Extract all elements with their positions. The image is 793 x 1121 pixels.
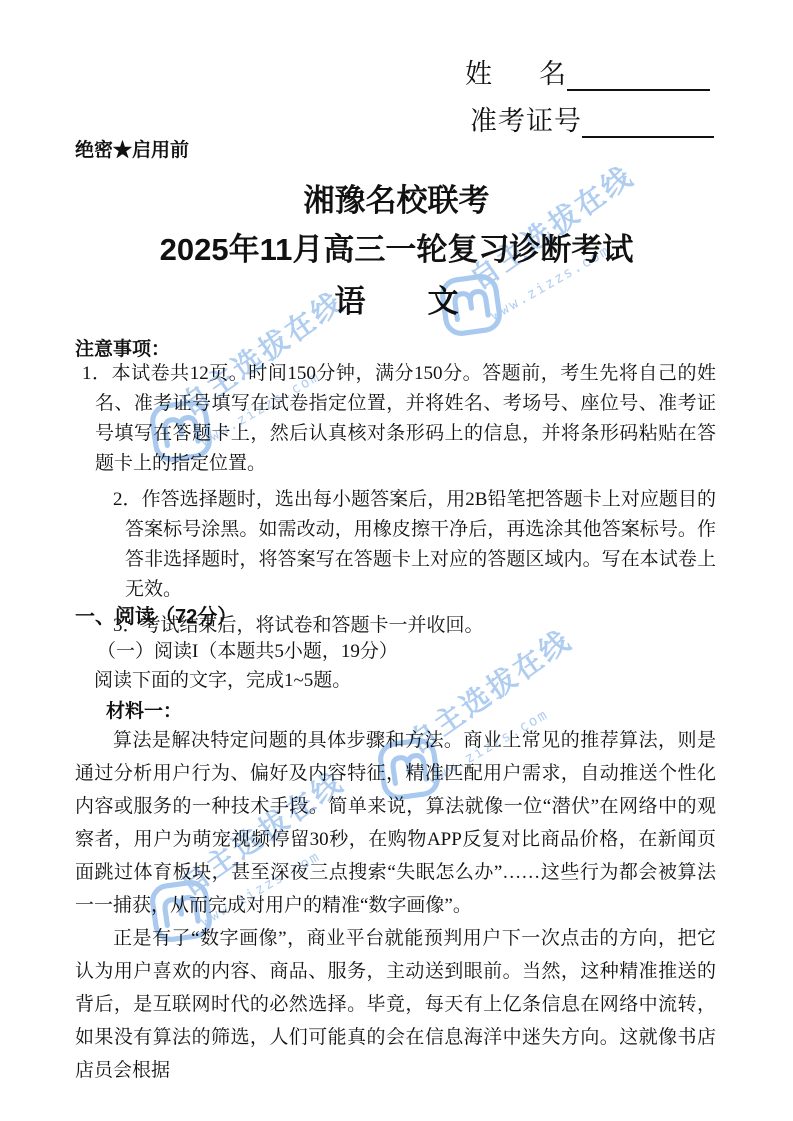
- secret-classification-label: 绝密★启用前: [75, 135, 189, 162]
- notice-title: 注意事项：: [75, 334, 170, 361]
- passage-paragraph-1: 算法是解决特定问题的具体步骤和方法。商业上常见的推荐算法，则是通过分析用户行为、…: [75, 724, 716, 922]
- name-label-char1: 姓: [465, 59, 493, 89]
- name-label-char2: 名: [539, 59, 567, 89]
- name-field-underline: [567, 62, 710, 91]
- notice-item-2: 2．作答选择题时，选出每小题答案后，用2B铅笔把答题卡上对应题目的答案标号涂黑。…: [75, 485, 716, 605]
- name-field-row: 姓名: [465, 52, 710, 91]
- subject-title: 语 文: [0, 282, 793, 321]
- exam-name-title: 2025年11月高三一轮复习诊断考试: [0, 230, 793, 269]
- ticket-label: 准考证号: [470, 106, 582, 136]
- notice-item-1: 1．本试卷共12页。时间150分钟，满分150分。答题前，考生先将自己的姓名、准…: [75, 359, 716, 479]
- ticket-field-row: 准考证号: [470, 99, 714, 138]
- material-one-label: 材料一：: [106, 696, 182, 723]
- reading-instruction: 阅读下面的文字，完成1~5题。: [94, 665, 351, 692]
- section-heading: 一、阅读（72分）: [75, 600, 237, 629]
- ticket-field-underline: [582, 109, 714, 138]
- notice-list: 1．本试卷共12页。时间150分钟，满分150分。答题前，考生先将自己的姓名、准…: [75, 359, 716, 641]
- exam-paper-page: 姓名 准考证号 绝密★启用前 湘豫名校联考 2025年11月高三一轮复习诊断考试…: [0, 0, 793, 1121]
- title-block: 湘豫名校联考 2025年11月高三一轮复习诊断考试 语 文: [0, 181, 793, 321]
- exam-organizer-title: 湘豫名校联考: [0, 181, 793, 220]
- part-heading: （一）阅读I（本题共5小题，19分）: [97, 636, 398, 663]
- reading-passage: 算法是解决特定问题的具体步骤和方法。商业上常见的推荐算法，则是通过分析用户行为、…: [75, 724, 716, 1087]
- passage-paragraph-2: 正是有了“数字画像”，商业平台就能预判用户下一次点击的方向，把它认为用户喜欢的内…: [75, 922, 716, 1087]
